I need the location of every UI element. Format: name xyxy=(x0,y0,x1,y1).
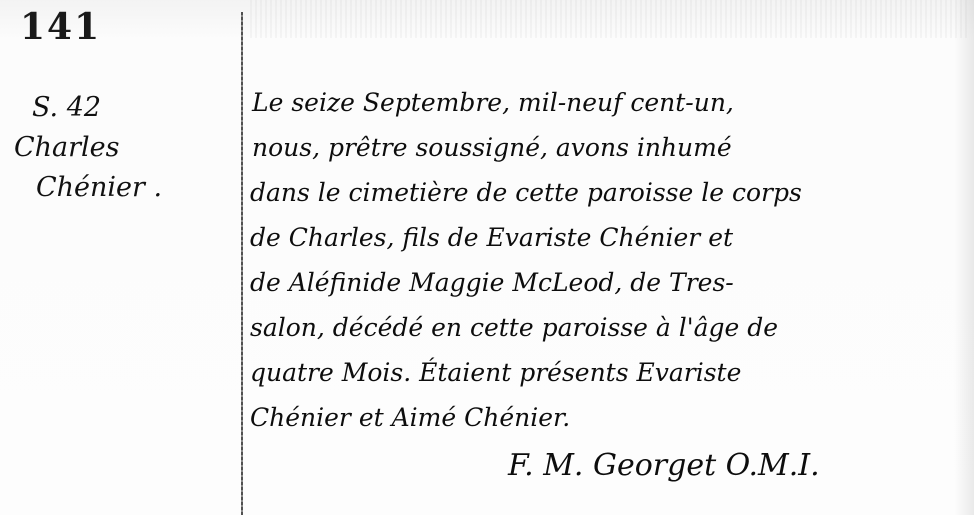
entry-line: Le seize Septembre, mil-neuf cent-un, xyxy=(250,80,970,125)
entry-line: quatre Mois. Étaient présents Evariste xyxy=(250,350,970,395)
deceased-surname: Chénier . xyxy=(14,168,234,208)
register-page: 141 S. 42 Charles Chénier . Le seize Sep… xyxy=(0,0,974,515)
priest-signature: F. M. Georget O.M.I. xyxy=(508,448,820,483)
entry-line: salon, décédé en cette paroisse à l'âge … xyxy=(250,305,970,350)
burial-entry: Le seize Septembre, mil-neuf cent-un, no… xyxy=(250,80,970,440)
entry-line: de Aléfinide Maggie McLeod, de Tres- xyxy=(250,260,970,305)
entry-line: de Charles, fils de Evariste Chénier et xyxy=(250,215,970,260)
record-number: S. 42 xyxy=(14,88,234,128)
margin-annotation: S. 42 Charles Chénier . xyxy=(14,88,234,208)
entry-line: nous, prêtre soussigné, avons inhumé xyxy=(250,125,970,170)
entry-line: dans le cimetière de cette paroisse le c… xyxy=(250,170,970,215)
paper-smudge xyxy=(250,0,970,38)
page-number: 141 xyxy=(20,6,101,48)
margin-rule xyxy=(241,12,243,515)
deceased-given-name: Charles xyxy=(14,128,234,168)
entry-line: Chénier et Aimé Chénier. xyxy=(250,395,970,440)
